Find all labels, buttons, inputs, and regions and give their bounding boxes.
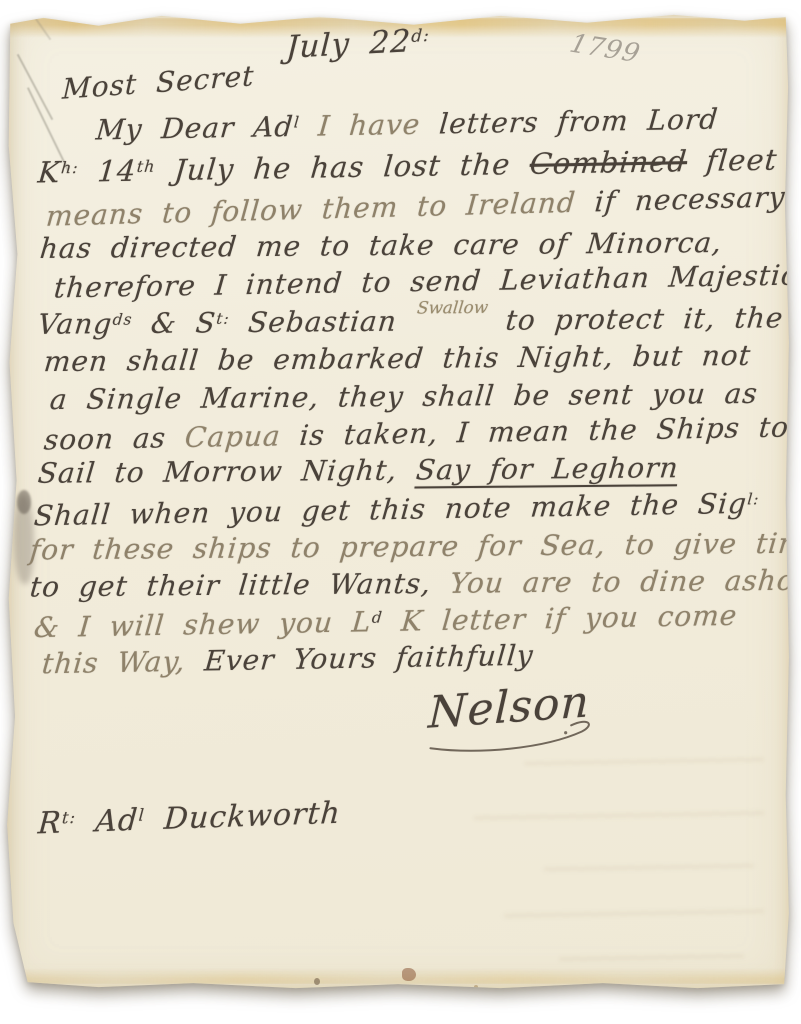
letter-text-segment: has directed me to take care of Minorca, (38, 226, 723, 265)
body-line-9: soon as Capua is taken, I mean the Ships… (43, 410, 791, 456)
body-line-3: means to follow them to Ireland if neces… (45, 180, 787, 232)
letter-text-segment: t: (61, 808, 77, 828)
letter-photograph: July 22d:1799Most SecretMy Dear Adl I ha… (0, 0, 801, 1024)
letter-text-segment: Say for Leghorn (415, 451, 681, 486)
paper-sheet: July 22d:1799Most SecretMy Dear Adl I ha… (4, 8, 792, 992)
letter-text-segment: Shall when you get this note make the Si… (33, 487, 749, 533)
letter-text-segment: You are to dine ashore (449, 564, 801, 600)
show-through-writing (559, 954, 744, 960)
letter-text-segment: July he has lost the (154, 147, 532, 188)
aged-bottom-edge (4, 968, 792, 984)
letter-text-segment: Capua (184, 419, 283, 454)
body-line-8: a Single Marine, they shall be sent you … (48, 377, 759, 416)
letter-text-segment: men shall be embarked this Night, but no… (42, 339, 752, 378)
letter-text-segment: fleet (686, 143, 779, 179)
letter-text-segment: for these ships to prepare for Sea, to g… (28, 527, 801, 567)
letter-text-segment: K (37, 155, 63, 189)
body-line-11: Shall when you get this note make the Si… (33, 487, 761, 533)
ink-blot (474, 985, 478, 989)
letter-text-segment: My Dear Ad (95, 110, 295, 147)
body-line-4: has directed me to take care of Minorca, (38, 226, 723, 265)
paper-sheet-wrap: July 22d:1799Most SecretMy Dear Adl I ha… (4, 8, 792, 992)
addressee-line: Rt: Adl Duckworth (37, 796, 342, 842)
letter-text-segment: a Single Marine, they shall be sent you … (48, 377, 759, 416)
letter-text-segment: to get their little Wants, (28, 567, 451, 604)
body-line-15: this Way, Ever Yours faithfully (41, 639, 535, 681)
letter-text-segment: ds (112, 311, 133, 329)
letter-text-segment: Ever Yours faithfully (203, 639, 535, 678)
letter-text-segment: Combined (528, 144, 688, 181)
letter-text-segment: soon as (43, 421, 187, 457)
show-through-writing (474, 811, 764, 819)
letter-text-segment: K letter if you come (381, 599, 739, 638)
letter-text-segment: Most Secret (62, 59, 255, 106)
body-line-7: men shall be embarked this Night, but no… (42, 339, 752, 378)
letter-text-segment: Ad (75, 803, 140, 840)
ink-smudge (17, 490, 31, 514)
letter-text-segment: to protect it, the 20 Sea (485, 300, 801, 337)
pencil-scribble (17, 54, 54, 120)
body-line-10: Sail to Morrow Night, Say for Leghorn (36, 451, 680, 490)
body-line-1: My Dear Adl I have letters from Lord (95, 103, 720, 147)
ink-blot (314, 978, 320, 985)
show-through-writing (524, 758, 764, 765)
letter-text-segment: this Way, (41, 644, 206, 680)
letter-text-segment: 14 (77, 154, 138, 189)
letter-text-segment: Duckworth (143, 796, 342, 838)
letter-text-segment: R (37, 805, 63, 841)
letter-text-segment: & I will shew you L (33, 605, 373, 644)
ink-blot (402, 968, 416, 981)
letter-text-segment: h: (60, 158, 79, 177)
classification-line: Most Secret (62, 59, 255, 106)
date-line: July 22d: (285, 22, 430, 66)
body-line-12: for these ships to prepare for Sea, to g… (28, 527, 801, 567)
letter-text-segment: I have (298, 107, 441, 142)
show-through-writing (504, 910, 764, 918)
letter-text-segment: l: (747, 490, 761, 508)
letter-text-segment: if necessary (593, 180, 786, 218)
letter-text-segment: Sebastian (228, 305, 418, 340)
body-line-14: & I will shew you Ld K letter if you com… (33, 599, 739, 644)
letter-text-segment: Swallow (416, 297, 489, 318)
letter-text-segment: d: (411, 26, 431, 47)
letter-text-segment: Sail to Morrow Night, (36, 453, 417, 489)
letter-text-segment: Vang (36, 307, 113, 341)
letter-text-segment: letters from Lord (438, 103, 720, 141)
letter-text-segment: & S (131, 306, 218, 340)
body-line-6: Vangds & St: Sebastian Swallow to protec… (36, 300, 801, 341)
letter-text-segment: is taken, I mean the Ships to (279, 410, 790, 452)
letter-text-segment: July 22 (285, 23, 412, 66)
body-line-13: to get their little Wants, You are to di… (28, 564, 801, 604)
letter-text-segment: means to follow them to Ireland (45, 185, 596, 232)
letter-text-segment: th (136, 157, 156, 176)
show-through-writing (544, 864, 754, 871)
